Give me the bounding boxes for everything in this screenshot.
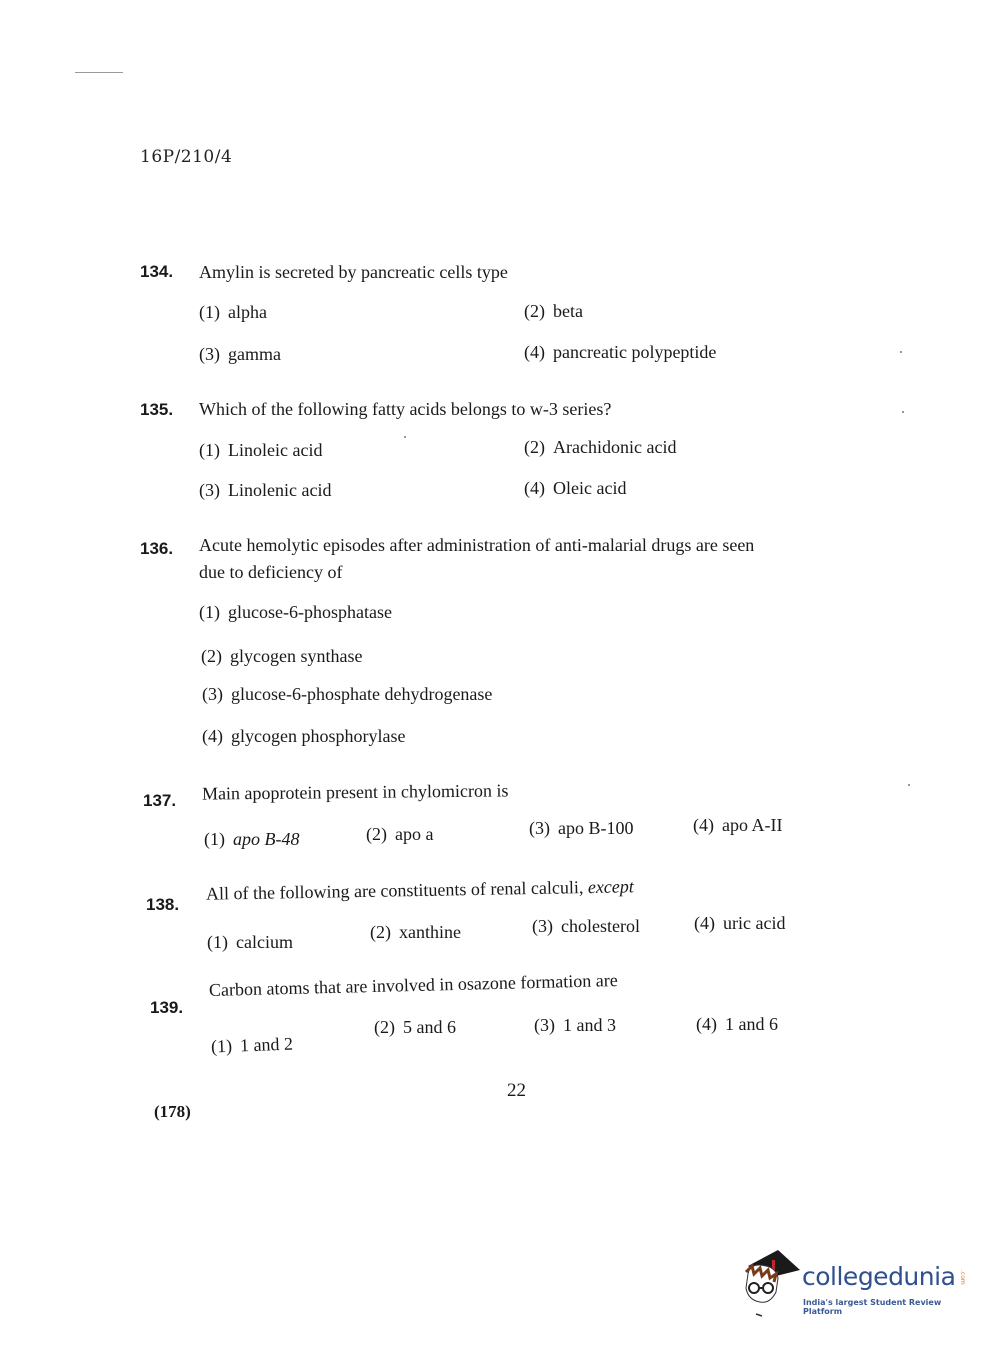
question-text-line-2: due to deficiency of — [199, 562, 342, 583]
option-1: (1)alpha — [199, 302, 267, 323]
paper-code: 16P/210/4 — [140, 147, 232, 167]
scan-speck — [902, 411, 904, 413]
option-1: (1)glucose-6-phosphatase — [199, 602, 392, 623]
option-3: (3)gamma — [199, 344, 281, 365]
brand-name: collegedunia — [802, 1262, 955, 1291]
option-3: (3)cholesterol — [532, 916, 640, 937]
emphasis-except: except — [588, 876, 634, 897]
collegedunia-watermark: collegedunia .com India's largest Studen… — [740, 1248, 970, 1318]
question-number: 139. — [150, 998, 183, 1018]
scan-speck — [404, 436, 406, 438]
option-1: (1)1 and 2 — [211, 1034, 294, 1058]
option-4: (4)glycogen phosphorylase — [202, 726, 405, 747]
top-rule — [75, 72, 123, 73]
option-4: (4)1 and 6 — [696, 1014, 778, 1035]
option-2: (2)xanthine — [370, 922, 461, 943]
option-2: (2)beta — [524, 301, 583, 322]
option-2: (2)5 and 6 — [374, 1017, 456, 1038]
option-1: (1)apo B-48 — [204, 829, 300, 850]
question-text: Amylin is secreted by pancreatic cells t… — [199, 262, 508, 283]
question-text: All of the following are constituents of… — [206, 876, 634, 904]
option-2: (2)Arachidonic acid — [524, 437, 676, 458]
option-4: (4)Oleic acid — [524, 478, 626, 499]
option-2: (2)apo a — [366, 824, 433, 845]
scan-speck — [908, 784, 910, 786]
brand-domain-suffix: .com — [959, 1270, 966, 1285]
option-3: (3)1 and 3 — [534, 1015, 616, 1036]
question-text: Main apoprotein present in chylomicron i… — [202, 780, 509, 804]
question-number: 137. — [143, 791, 176, 811]
question-number: 136. — [140, 539, 173, 559]
option-1: (1)calcium — [207, 932, 293, 953]
question-text: Which of the following fatty acids belon… — [199, 399, 611, 420]
question-number: 134. — [140, 262, 173, 282]
student-mascot-icon — [740, 1248, 802, 1318]
option-3: (3)glucose-6-phosphate dehydrogenase — [202, 684, 492, 705]
option-3: (3)Linolenic acid — [199, 480, 331, 501]
option-4: (4)apo A-II — [693, 815, 782, 836]
form-code: (178) — [154, 1102, 191, 1122]
page-number: 22 — [507, 1080, 526, 1102]
option-1: (1)Linoleic acid — [199, 440, 322, 461]
option-2: (2)glycogen synthase — [201, 646, 362, 667]
question-text-line-1: Acute hemolytic episodes after administr… — [199, 535, 754, 556]
scan-speck — [900, 351, 902, 353]
option-4: (4)pancreatic polypeptide — [524, 342, 716, 363]
option-4: (4)uric acid — [694, 913, 785, 934]
question-number: 138. — [146, 895, 179, 915]
brand-tagline: India's largest Student Review Platform — [803, 1298, 970, 1316]
option-3: (3)apo B-100 — [529, 818, 634, 839]
question-number: 135. — [140, 400, 173, 420]
question-text: Carbon atoms that are involved in osazon… — [209, 970, 618, 1001]
